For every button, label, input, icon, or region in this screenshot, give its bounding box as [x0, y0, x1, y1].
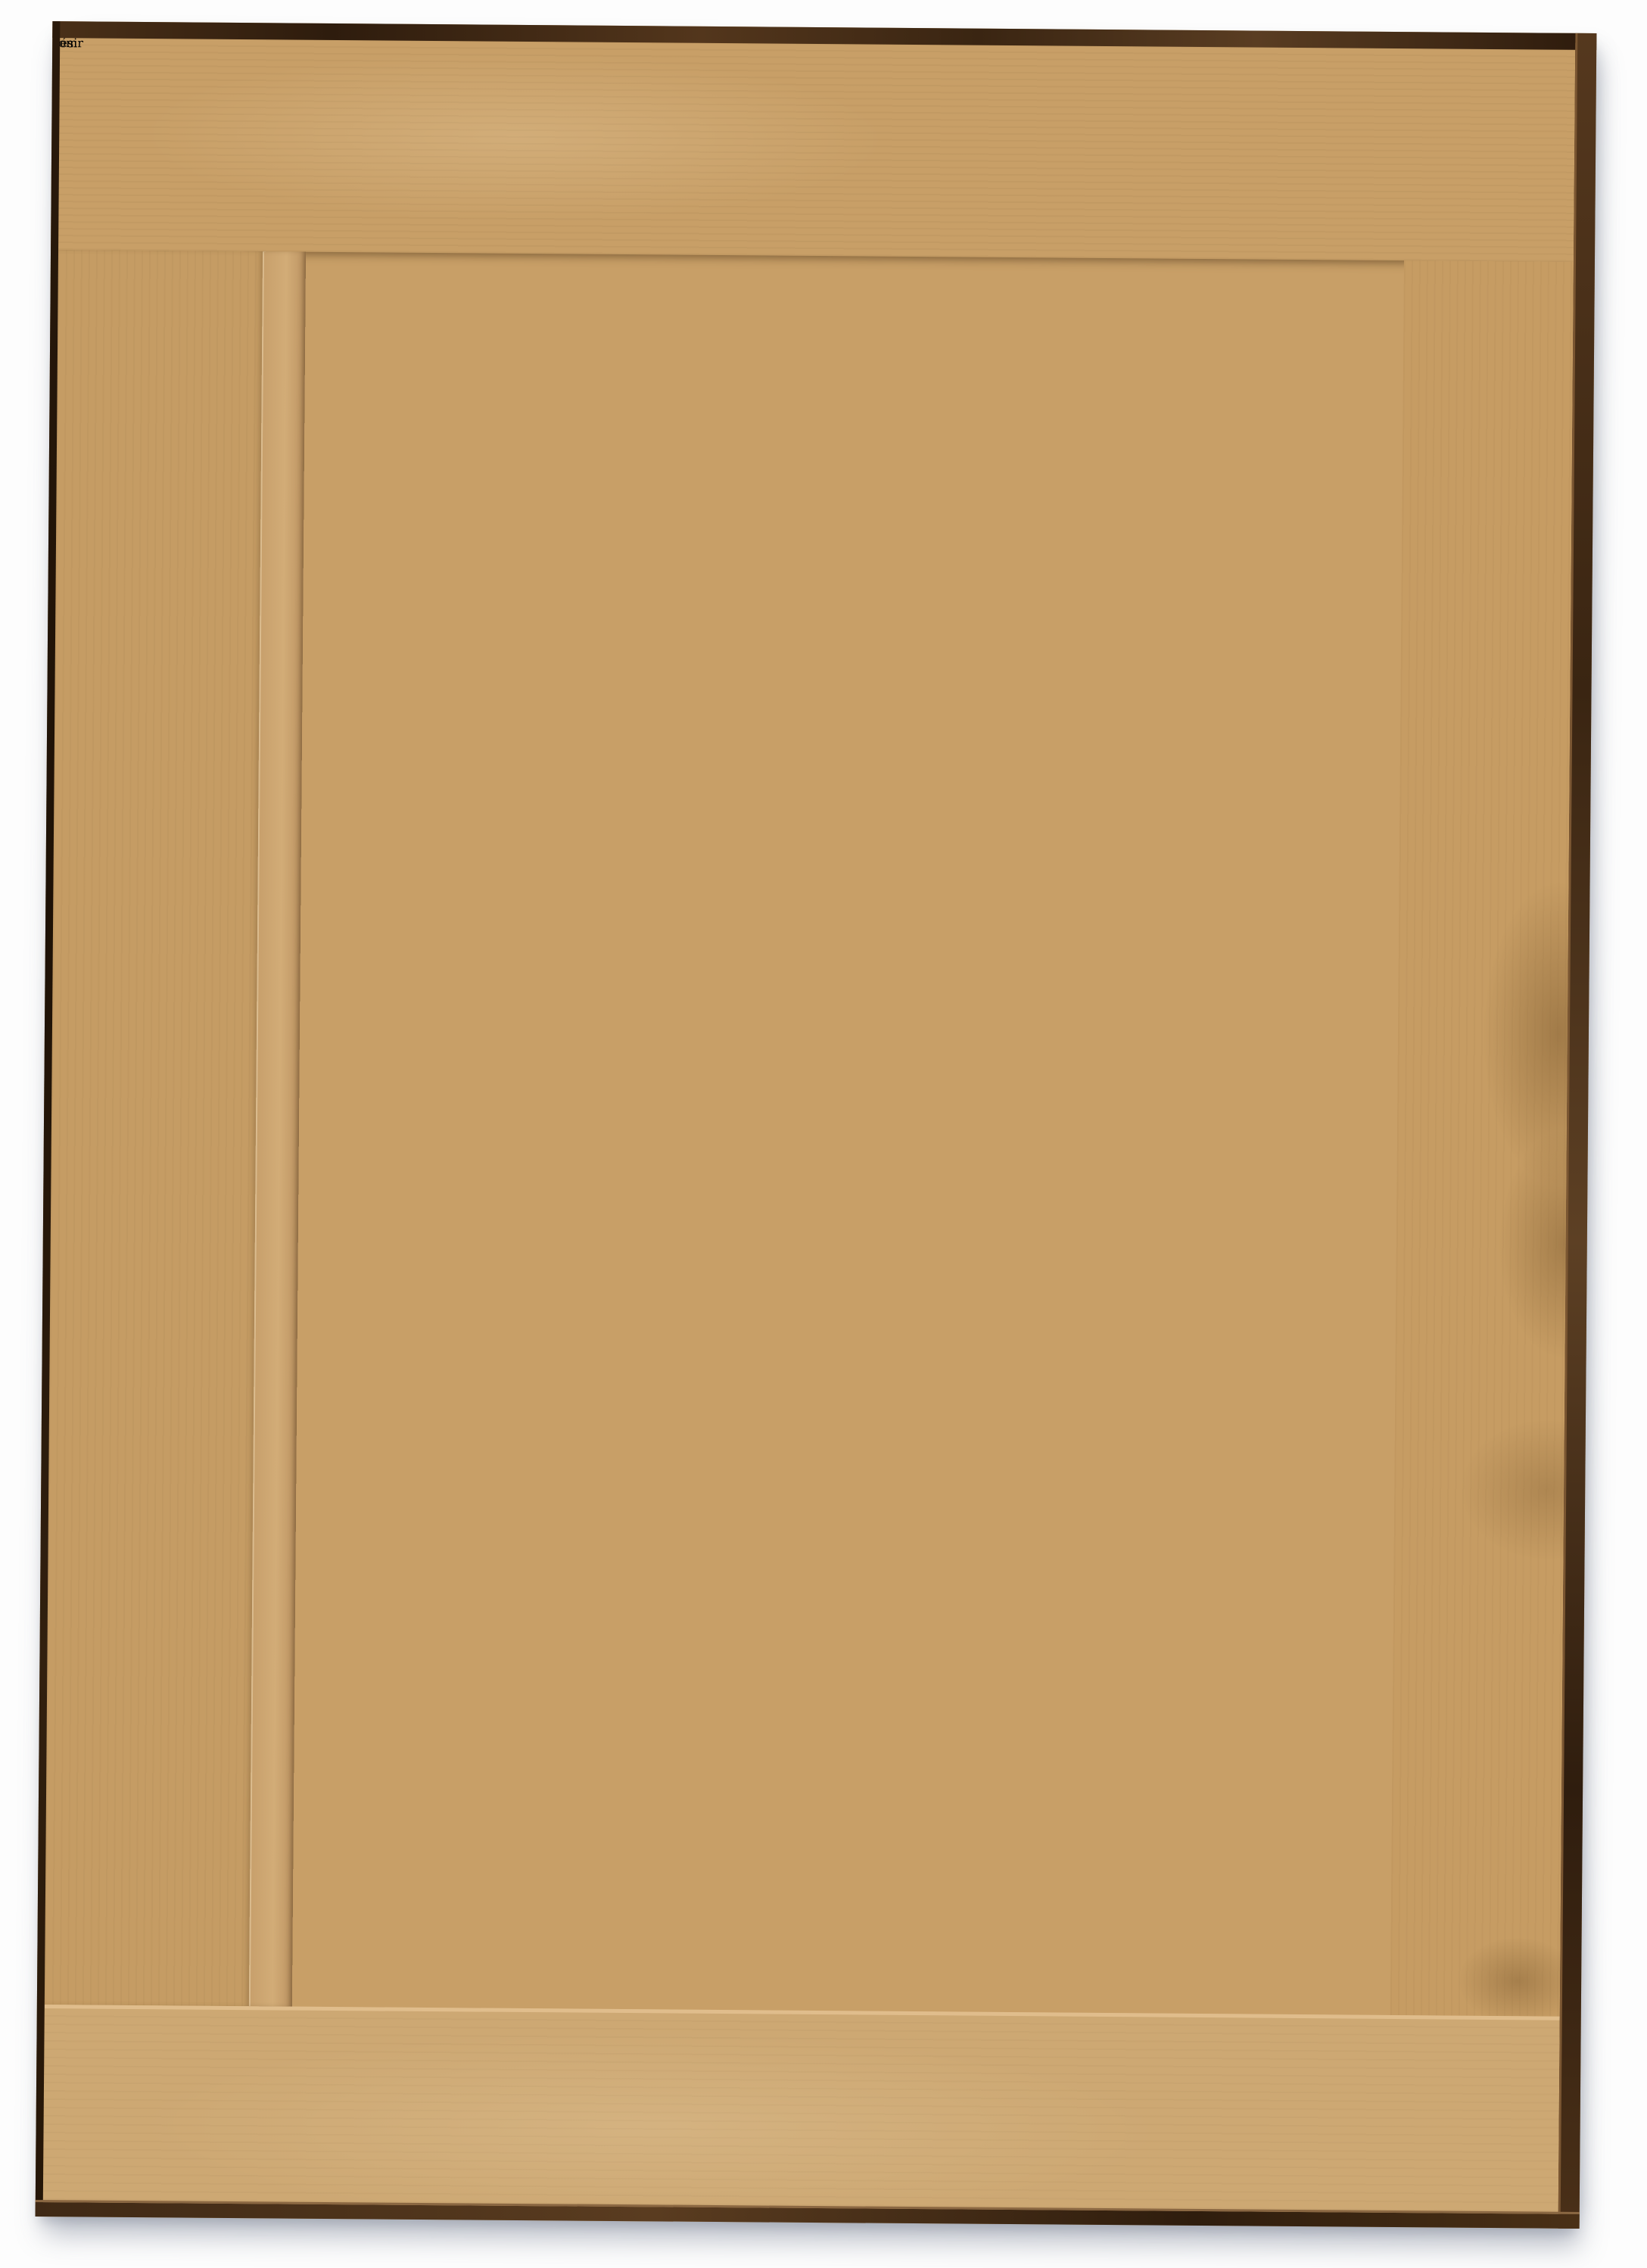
photo-scene: 1981 Bril som " Taller désir " [0, 0, 1647, 2268]
cardboard-strip-left [45, 250, 263, 2006]
painting-back: 1981 Bril som " Taller désir " [36, 21, 1597, 2229]
cardboard-strip-bottom [43, 2005, 1560, 2212]
cardboard-strip-top [58, 38, 1575, 262]
cardboard-strip-right [1390, 260, 1574, 2017]
